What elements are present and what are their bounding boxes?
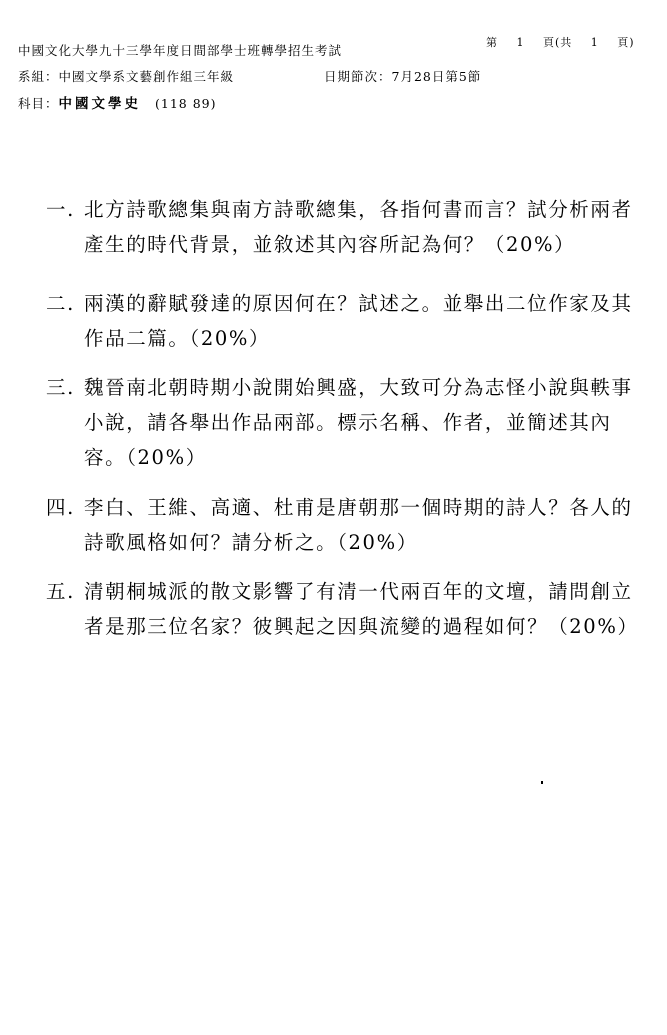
subject-label: 科目： <box>18 96 59 111</box>
question-item: 一. 北方詩歌總集與南方詩歌總集，各指何書而言？試分析兩者產生的時代背景，並敘述… <box>46 192 636 262</box>
question-number: 五. <box>46 574 82 609</box>
question-text: 魏晉南北朝時期小說開始興盛，大致可分為志怪小說與軼事小說，請各舉出作品兩部。標示… <box>46 370 636 475</box>
date-session: 日期節次：7月28日第5節 <box>324 67 481 85</box>
department-line: 系組：中國文學系文藝創作組三年級 <box>18 67 234 85</box>
question-text: 兩漢的辭賦發達的原因何在？試述之。並舉出二位作家及其作品二篇。（20%） <box>46 286 636 356</box>
page-info: 第 1 頁(共 1 頁) <box>486 34 635 50</box>
page-total: 1 <box>591 36 599 49</box>
page-prefix: 第 <box>486 34 498 50</box>
question-number: 一. <box>46 192 82 227</box>
scan-speck <box>541 781 543 784</box>
question-number: 三. <box>46 370 82 405</box>
question-number: 四. <box>46 490 82 525</box>
question-number: 二. <box>46 286 82 321</box>
question-item: 二. 兩漢的辭賦發達的原因何在？試述之。並舉出二位作家及其作品二篇。（20%） <box>46 286 636 356</box>
page-middle: 頁(共 <box>543 34 572 50</box>
question-text: 清朝桐城派的散文影響了有清一代兩百年的文壇，請問創立者是那三位名家？彼興起之因與… <box>46 574 636 644</box>
page-number: 1 <box>517 36 525 49</box>
question-item: 五. 清朝桐城派的散文影響了有清一代兩百年的文壇，請問創立者是那三位名家？彼興起… <box>46 574 636 644</box>
question-item: 四. 李白、王維、高適、杜甫是唐朝那一個時期的詩人？各人的詩歌風格如何？請分析之… <box>46 490 636 560</box>
question-text: 李白、王維、高適、杜甫是唐朝那一個時期的詩人？各人的詩歌風格如何？請分析之。（2… <box>46 490 636 560</box>
question-item: 三. 魏晉南北朝時期小說開始興盛，大致可分為志怪小說與軼事小說，請各舉出作品兩部… <box>46 370 636 475</box>
subject-code: (118 89) <box>155 96 217 111</box>
exam-title: 中國文化大學九十三學年度日間部學士班轉學招生考試 <box>18 41 342 59</box>
question-text: 北方詩歌總集與南方詩歌總集，各指何書而言？試分析兩者產生的時代背景，並敘述其內容… <box>46 192 636 262</box>
subject-line: 科目：中國文學史(118 89) <box>18 92 217 112</box>
page-suffix: 頁) <box>617 34 634 50</box>
subject-name: 中國文學史 <box>59 96 142 112</box>
